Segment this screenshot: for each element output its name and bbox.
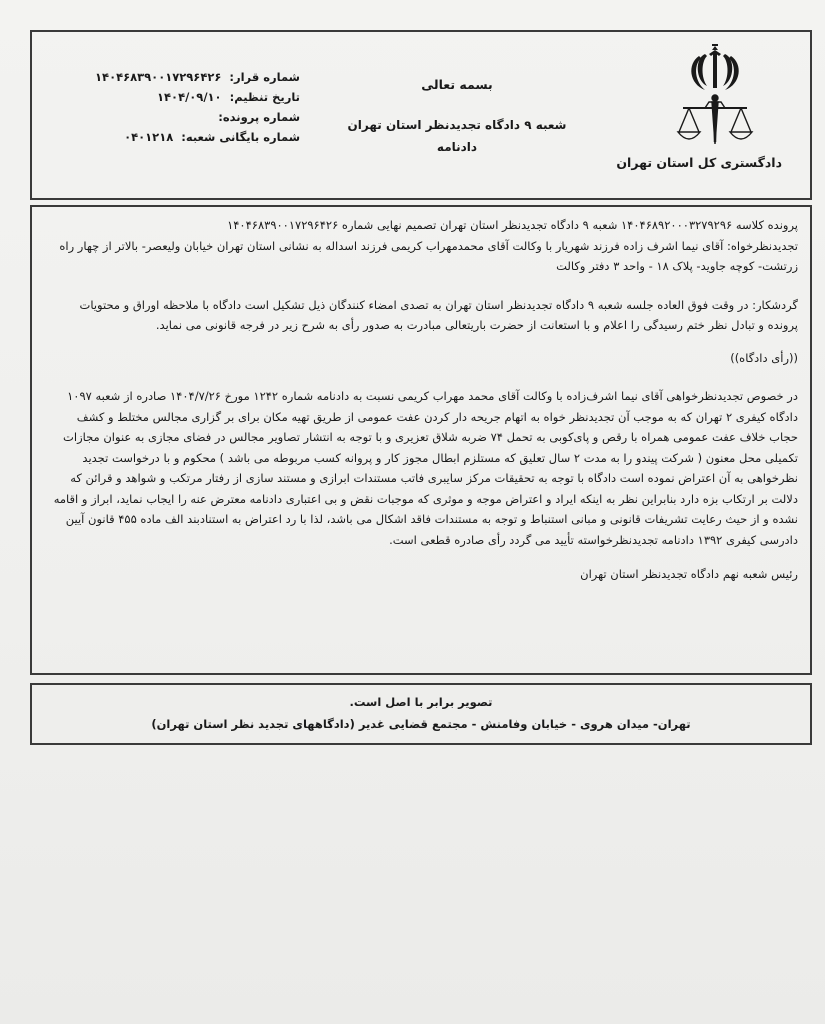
signature: رئیس شعبه نهم دادگاه تجدیدنظر استان تهرا… xyxy=(50,564,798,585)
case-line: پرونده کلاسه ۱۴۰۴۶۸۹۲۰۰۰۳۲۷۹۲۹۶ شعبه ۹ د… xyxy=(50,215,798,236)
verdict-body: پرونده کلاسه ۱۴۰۴۶۸۹۲۰۰۰۳۲۷۹۲۹۶ شعبه ۹ د… xyxy=(50,215,798,585)
proceedings: گردشکار: در وقت فوق العاده جلسه شعبه ۹ د… xyxy=(50,295,798,336)
footer-box: تصویر برابر با اصل است. تهران- میدان هرو… xyxy=(30,683,812,745)
verdict-heading: ((رأی دادگاه)) xyxy=(50,348,798,369)
meta-decision-number: شماره قرار: ۱۴۰۴۶۸۳۹۰۰۱۷۲۹۶۴۲۶ xyxy=(80,67,300,87)
bismillah: بسمه تعالی xyxy=(332,77,582,92)
meta-issue-date: تاریخ تنظیم: ۱۴۰۴/۰۹/۱۰ xyxy=(80,87,300,107)
verdict-text: در خصوص تجدیدنظرخواهی آقای نیما اشرف‌زاد… xyxy=(50,386,798,550)
meta-archive-number: شماره بایگانی شعبه: ۰۴۰۱۲۱۸ xyxy=(80,127,300,147)
document-meta: شماره قرار: ۱۴۰۴۶۸۳۹۰۰۱۷۲۹۶۴۲۶ تاریخ تنظ… xyxy=(80,67,300,147)
center-heading: بسمه تعالی شعبه ۹ دادگاه تجدیدنظر استان … xyxy=(332,77,582,154)
document-page: دادگستری کل استان تهران بسمه تعالی شعبه … xyxy=(0,0,825,1024)
court-branch: شعبه ۹ دادگاه تجدیدنظر استان تهران xyxy=(332,118,582,132)
meta-case-number: شماره پرونده: xyxy=(80,107,300,127)
body-box: پرونده کلاسه ۱۴۰۴۶۸۹۲۰۰۰۳۲۷۹۲۹۶ شعبه ۹ د… xyxy=(30,205,812,675)
appellant-info: تجدیدنظرخواه: آقای نیما اشرف زاده فرزند … xyxy=(50,236,798,277)
org-name: دادگستری کل استان تهران xyxy=(616,155,782,170)
court-address: تهران- میدان هروی - خیابان وفامنش - مجتم… xyxy=(32,713,810,735)
judiciary-emblem-icon xyxy=(675,42,755,150)
document-type: دادنامه xyxy=(332,140,582,154)
header-box: دادگستری کل استان تهران بسمه تعالی شعبه … xyxy=(30,30,812,200)
certification-note: تصویر برابر با اصل است. xyxy=(32,691,810,713)
footer: تصویر برابر با اصل است. تهران- میدان هرو… xyxy=(32,691,810,735)
